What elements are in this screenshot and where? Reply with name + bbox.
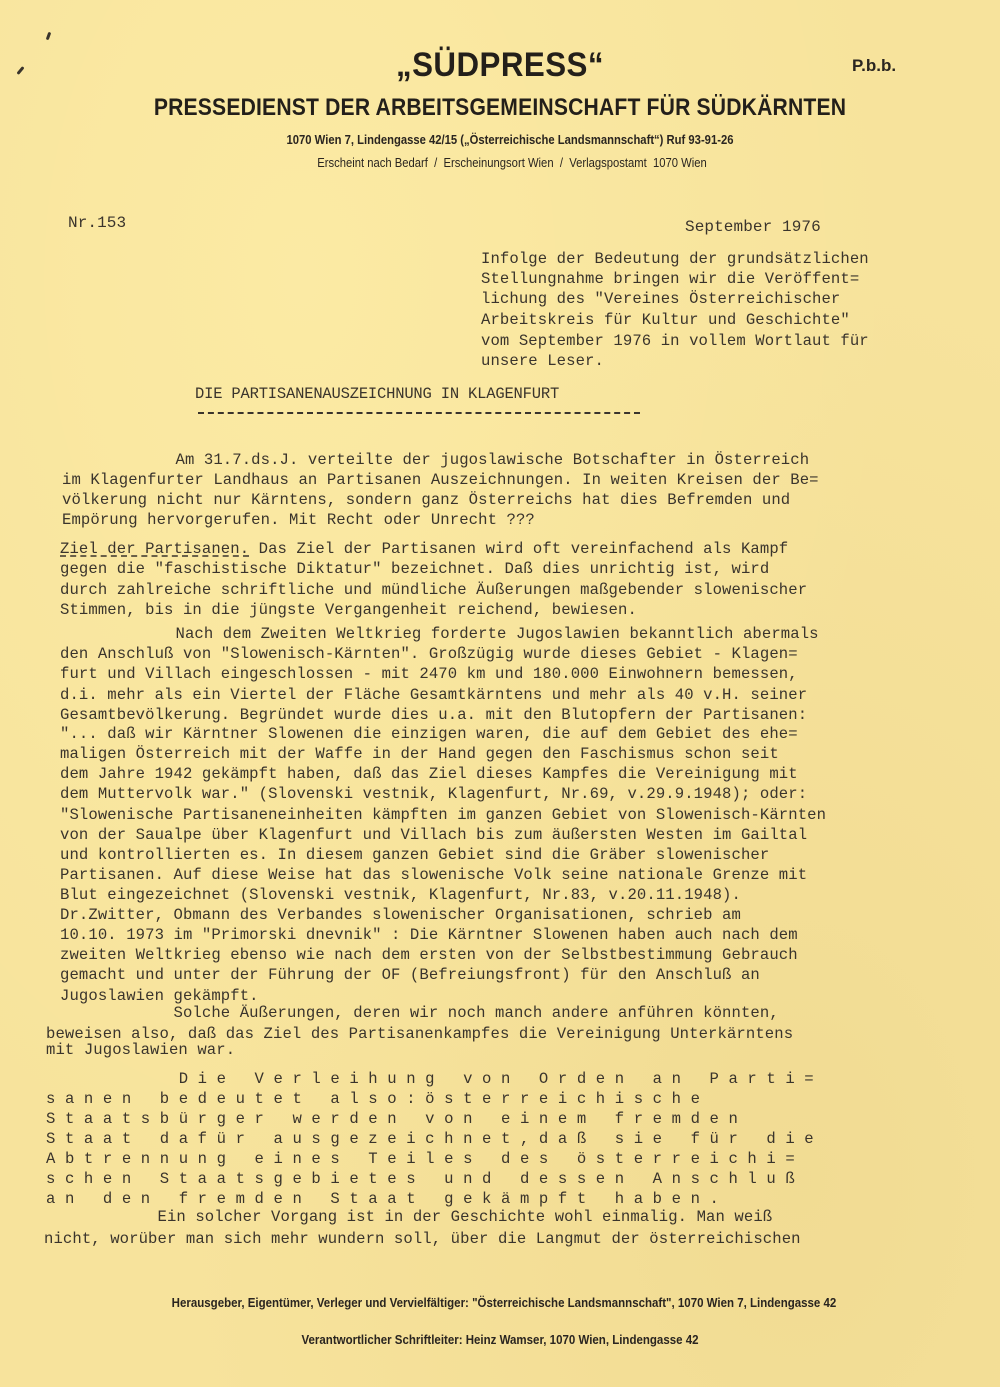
intro-line: Arbeitskreis für Kultur und Geschichte" <box>481 311 850 329</box>
postal-mark: P.b.b. <box>852 56 896 76</box>
intro-line: unsere Leser. <box>481 352 604 370</box>
body-line: "Slowenische Partisaneneinheiten kämpfte… <box>60 806 826 824</box>
body-line: Solche Äußerungen, deren wir noch manch … <box>60 1004 779 1022</box>
body-line: den Anschluß von "Slowenisch-Kärnten". G… <box>60 645 798 663</box>
body-line: gemacht und unter der Führung der OF (Be… <box>60 966 760 984</box>
body-line: durch zahlreiche schriftliche und mündli… <box>60 581 807 599</box>
spaced-body-line: sanen bedeutet also:österreichische <box>46 1090 710 1108</box>
body-line: Nach dem Zweiten Weltkrieg forderte Jugo… <box>62 625 819 643</box>
spaced-body-line: Abtrennung eines Teiles des österreichi= <box>46 1150 804 1168</box>
body-line: im Klagenfurter Landhaus an Partisanen A… <box>62 471 819 489</box>
body-line: von der Saualpe über Klagenfurt und Vill… <box>60 826 807 844</box>
masthead-address: 1070 Wien 7, Lindengasse 42/15 („Österre… <box>60 133 960 147</box>
spaced-body-line: Die Verleihung von Orden an Parti= <box>46 1070 823 1088</box>
spaced-body-line: an den fremden Staat gekämpft haben. <box>46 1190 728 1208</box>
issue-number: Nr.153 <box>68 214 126 232</box>
issue-date: September 1976 <box>685 218 821 236</box>
body-line: völkerung nicht nur Kärntens, sondern ga… <box>62 491 790 509</box>
intro-line: vom September 1976 in vollem Wortlaut fü… <box>481 332 869 350</box>
body-line: Partisanen. Auf diese Weise hat das slow… <box>60 866 807 884</box>
spaced-body-line: Staat dafür ausgezeichnet,daß sie für di… <box>46 1130 823 1148</box>
body-line: Ein solcher Vorgang ist in der Geschicht… <box>44 1208 772 1226</box>
masthead-info: Erscheint nach Bedarf / Erscheinungsort … <box>62 156 962 170</box>
spaced-body-line: schen Staatsgebietes und dessen Anschluß <box>46 1170 804 1188</box>
body-line: "... daß wir Kärntner Slowenen die einzi… <box>60 725 798 743</box>
masthead-title: „SÜDPRESS“ <box>40 46 960 85</box>
body-line: und kontrollierten es. In diesem ganzen … <box>60 846 769 864</box>
section-heading: Ziel der Partisanen. <box>60 540 249 558</box>
headline-underline <box>198 412 640 414</box>
body-line: Blut eingezeichnet (Slovenski vestnik, K… <box>60 886 741 904</box>
body-line: Gesamtbevölkerung. Begründet wurde dies … <box>60 706 807 724</box>
body-line: mit Jugoslawien war. <box>46 1041 235 1059</box>
body-line: Stimmen, bis in die jüngste Vergangenhei… <box>60 601 637 619</box>
article-headline: DIE PARTISANENAUSZEICHNUNG IN KLAGENFURT <box>195 385 559 403</box>
body-line: Ziel der Partisanen. Das Ziel der Partis… <box>60 540 788 558</box>
body-line: dem Muttervolk war." (Slovenski vestnik,… <box>60 785 807 803</box>
masthead-subtitle: PRESSEDIENST DER ARBEITSGEMEINSCHAFT FÜR… <box>60 94 940 122</box>
body-line: 10.10. 1973 im "Primorski dnevnik" : Die… <box>60 926 798 944</box>
body-line: Empörung hervorgerufen. Mit Recht oder U… <box>62 511 535 529</box>
footer-editor: Verantwortlicher Schriftleiter: Heinz Wa… <box>40 1333 960 1347</box>
body-line: Dr.Zwitter, Obmann des Verbandes sloweni… <box>60 906 741 924</box>
footer-publisher: Herausgeber, Eigentümer, Verleger und Ve… <box>44 1296 964 1310</box>
body-line: gegen die "faschistische Diktatur" bezei… <box>60 560 769 578</box>
body-line: Jugoslawien gekämpft. <box>60 987 259 1005</box>
body-text: Das Ziel der Partisanen wird oft vereinf… <box>249 540 788 558</box>
spaced-body-line: Staatsbürger werden von einem fremden <box>46 1110 747 1128</box>
intro-line: Infolge der Bedeutung der grundsätzliche… <box>481 250 869 268</box>
body-line: zweiten Weltkrieg ebenso wie nach dem er… <box>60 946 798 964</box>
body-line: furt und Villach eingeschlossen - mit 24… <box>60 665 798 683</box>
intro-line: Stellungnahme bringen wir die Veröffent= <box>481 270 859 288</box>
body-line: Am 31.7.ds.J. verteilte der jugoslawisch… <box>62 451 809 469</box>
body-line: d.i. mehr als ein Viertel der Fläche Ges… <box>60 686 807 704</box>
body-line: maligen Österreich mit der Waffe in der … <box>60 745 779 763</box>
body-line: dem Jahre 1942 gekämpft haben, daß das Z… <box>60 765 798 783</box>
intro-line: lichung des "Vereines Österreichischer <box>481 290 840 308</box>
body-line: nicht, worüber man sich mehr wundern sol… <box>44 1230 801 1248</box>
